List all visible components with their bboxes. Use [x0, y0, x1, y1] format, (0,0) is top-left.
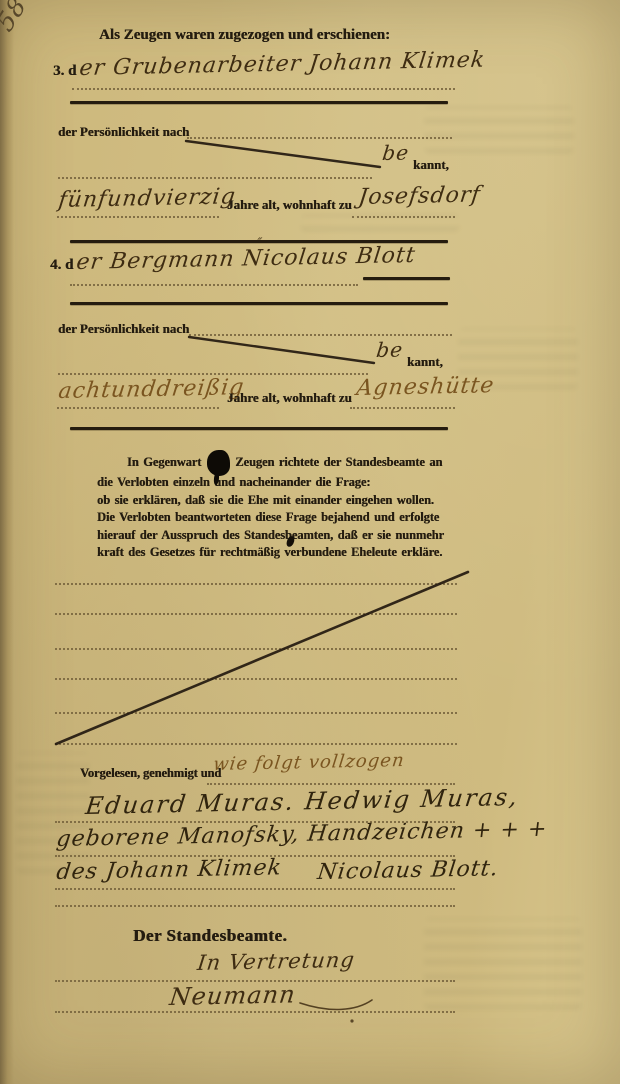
age-label-4: Jahre alt, wohnhaft zu: [227, 390, 352, 406]
declaration-line: Die Verlobten beantworteten diese Frage …: [97, 509, 461, 527]
printed-kannt-4: kannt,: [407, 354, 443, 370]
handwritten-be-4: be: [375, 337, 405, 362]
witness-4-row: 4. der Bergmann Nicolaus Blott: [50, 250, 414, 275]
declaration-line: ob sie erklären, daß sie die Ehe mit ein…: [97, 492, 461, 510]
identity-label-3: der Persönlichkeit nach: [58, 124, 189, 140]
blank-ruled-line: [55, 613, 457, 615]
bleed-through: [424, 918, 582, 1010]
blank-ruled-line: [55, 583, 457, 585]
registrar-title: Der Standesbeamte.: [133, 926, 287, 946]
residence-entry-4: Agneshütte: [355, 373, 496, 401]
dotted-rule: [57, 407, 219, 409]
closing-hand-entry: wie folgt vollzogen: [212, 750, 406, 775]
bleed-through: [424, 106, 574, 154]
age-label-3: Jahre alt, wohnhaft zu: [227, 197, 352, 213]
cancellation-stroke-4: [189, 337, 374, 363]
marriage-register-page: 58 Als Zeugen waren zugezogen und erschi…: [0, 0, 620, 1084]
blank-ruled-line: [55, 678, 457, 680]
declaration-intro: In Gegenwart: [127, 455, 201, 469]
declaration-line: hierauf der Ausspruch des Standesbeamten…: [97, 527, 461, 545]
age-entry-3: fünfundvierzig: [57, 184, 237, 213]
registrar-signature: Neumann: [168, 980, 297, 1011]
ink-blot: [207, 450, 230, 476]
declaration-text: Zeugen richtete der Standesbeamte an: [235, 455, 442, 469]
dotted-rule: [55, 888, 455, 890]
section-divider: [70, 302, 448, 305]
declaration-line: die Verlobten einzeln und nacheinander d…: [97, 474, 461, 492]
identity-label-4: der Persönlichkeit nach: [58, 321, 189, 337]
dotted-rule: [350, 407, 455, 409]
dotted-rule: [189, 334, 452, 336]
representation-note: In Vertretung: [196, 948, 356, 975]
fill-in-stroke: [363, 277, 450, 280]
dotted-rule: [58, 177, 372, 179]
dotted-rule: [58, 373, 368, 375]
closing-printed: Vorgelesen, genehmigt und: [80, 766, 221, 781]
dotted-rule: [70, 284, 358, 286]
blank-ruled-line: [55, 743, 457, 745]
age-entry-4: achtunddreißig: [57, 375, 246, 404]
page-gutter-edge: [0, 0, 14, 1084]
printed-kannt-3: kannt,: [413, 157, 449, 173]
signature-ink-dot: [350, 1019, 353, 1022]
blank-ruled-line: [55, 648, 457, 650]
witnesses-heading: Als Zeugen waren zugezogen und erschiene…: [99, 27, 390, 44]
section-divider: [70, 427, 448, 430]
dotted-rule: [72, 88, 455, 90]
declaration-paragraph: In GegenwartZeugen richtete der Standesb…: [97, 450, 461, 562]
signature-flourish: [300, 1000, 372, 1009]
declaration-line: In GegenwartZeugen richtete der Standesb…: [97, 450, 461, 474]
cancellation-stroke-3: [186, 141, 380, 167]
signature-line-3: des Johann Klimek Nicolaus Blott.: [55, 860, 496, 885]
dotted-rule: [187, 137, 452, 139]
blank-ruled-line: [55, 905, 455, 907]
witness-3-prefix: 3. d: [53, 63, 76, 80]
blank-ruled-line: [55, 712, 457, 714]
dotted-rule: [55, 1011, 455, 1013]
witness-4-name-entry: er Bergmann Nicolaus Blott: [75, 243, 417, 275]
signature-line-1: Eduard Muras. Hedwig Muras,: [84, 783, 520, 820]
residence-entry-3: Josefsdorf: [357, 182, 482, 210]
witness-3-name-entry: er Grubenarbeiter Johann Klimek: [78, 48, 487, 81]
dotted-rule: [57, 216, 219, 218]
witness-4-prefix: 4. d: [50, 257, 73, 274]
signature-line-3-left: des Johann Klimek: [55, 855, 283, 885]
witness-3-row: 3. der Grubenarbeiter Johann Klimek: [53, 56, 483, 81]
handwritten-be-3: be: [381, 140, 411, 165]
signature-line-3-right: Nicolaus Blott.: [316, 856, 500, 885]
dotted-rule: [352, 216, 455, 218]
section-divider: [70, 101, 448, 104]
declaration-line: kraft des Gesetzes für rechtmäßig verbun…: [97, 544, 461, 562]
blank-section-cancellation-stroke: [56, 572, 468, 744]
